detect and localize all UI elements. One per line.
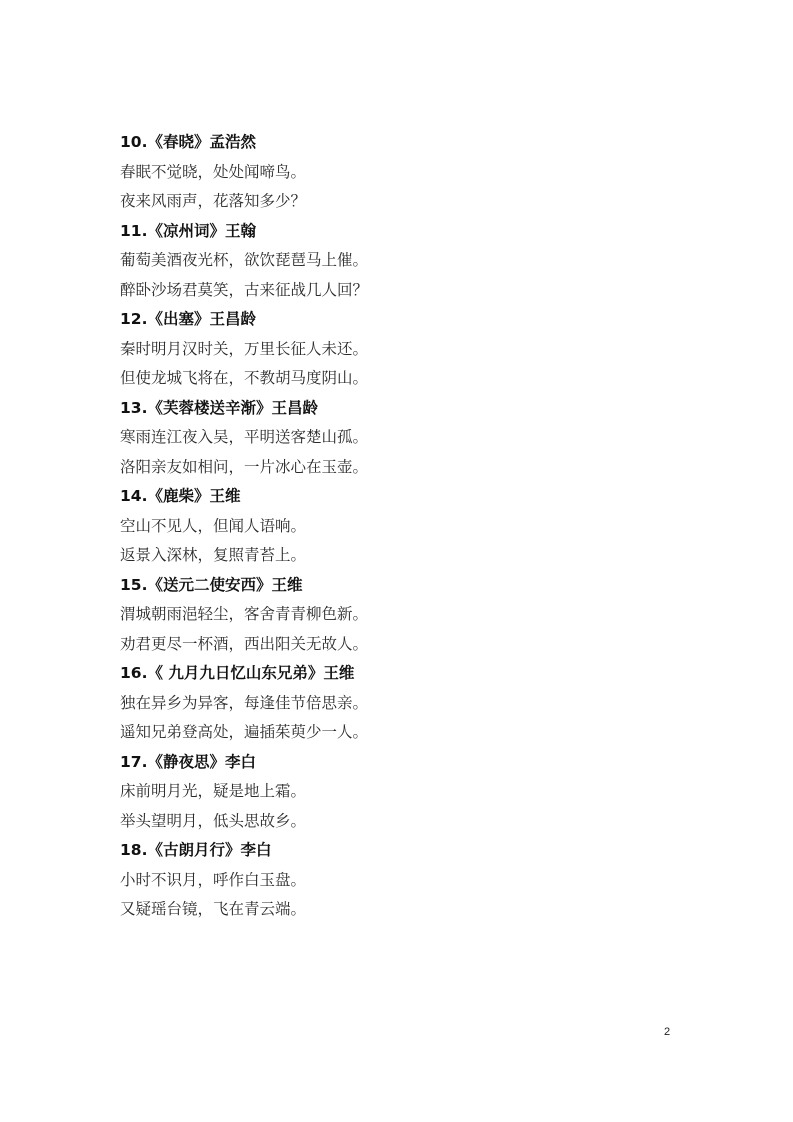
poem-10: 10.《春晓》孟浩然 春眠不觉晓，处处闻啼鸟。 夜来风雨声，花落知多少？ bbox=[120, 128, 680, 217]
poem-line: 春眠不觉晓，处处闻啼鸟。 bbox=[120, 158, 680, 188]
poem-12: 12.《出塞》王昌龄 秦时明月汉时关，万里长征人未还。 但使龙城飞将在，不教胡马… bbox=[120, 305, 680, 394]
poem-line: 返景入深林，复照青苔上。 bbox=[120, 541, 680, 571]
poem-line: 床前明月光，疑是地上霜。 bbox=[120, 777, 680, 807]
poem-line: 小时不识月，呼作白玉盘。 bbox=[120, 866, 680, 896]
poem-line: 劝君更尽一杯酒，西出阳关无故人。 bbox=[120, 630, 680, 660]
document-page: 10.《春晓》孟浩然 春眠不觉晓，处处闻啼鸟。 夜来风雨声，花落知多少？ 11.… bbox=[0, 0, 793, 1122]
poem-11: 11.《凉州词》王翰 葡萄美酒夜光杯，欲饮琵琶马上催。 醉卧沙场君莫笑，古来征战… bbox=[120, 217, 680, 306]
poem-heading: 10.《春晓》孟浩然 bbox=[120, 128, 680, 158]
poem-line: 寒雨连江夜入吴，平明送客楚山孤。 bbox=[120, 423, 680, 453]
poem-18: 18.《古朗月行》李白 小时不识月，呼作白玉盘。 又疑瑶台镜，飞在青云端。 bbox=[120, 836, 680, 925]
poem-line: 但使龙城飞将在，不教胡马度阴山。 bbox=[120, 364, 680, 394]
poem-line: 夜来风雨声，花落知多少？ bbox=[120, 187, 680, 217]
poem-heading: 13.《芙蓉楼送辛渐》王昌龄 bbox=[120, 394, 680, 424]
poem-13: 13.《芙蓉楼送辛渐》王昌龄 寒雨连江夜入吴，平明送客楚山孤。 洛阳亲友如相问，… bbox=[120, 394, 680, 483]
poem-15: 15.《送元二使安西》王维 渭城朝雨浥轻尘，客舍青青柳色新。 劝君更尽一杯酒，西… bbox=[120, 571, 680, 660]
poem-heading: 18.《古朗月行》李白 bbox=[120, 836, 680, 866]
poem-line: 葡萄美酒夜光杯，欲饮琵琶马上催。 bbox=[120, 246, 680, 276]
poem-17: 17.《静夜思》李白 床前明月光，疑是地上霜。 举头望明月，低头思故乡。 bbox=[120, 748, 680, 837]
poem-line: 独在异乡为异客，每逢佳节倍思亲。 bbox=[120, 689, 680, 719]
page-number: 2 bbox=[664, 1026, 670, 1038]
poem-line: 空山不见人，但闻人语响。 bbox=[120, 512, 680, 542]
poem-line: 渭城朝雨浥轻尘，客舍青青柳色新。 bbox=[120, 600, 680, 630]
poem-line: 举头望明月，低头思故乡。 bbox=[120, 807, 680, 837]
poem-heading: 15.《送元二使安西》王维 bbox=[120, 571, 680, 601]
poem-list: 10.《春晓》孟浩然 春眠不觉晓，处处闻啼鸟。 夜来风雨声，花落知多少？ 11.… bbox=[120, 128, 680, 925]
poem-heading: 16.《 九月九日忆山东兄弟》王维 bbox=[120, 659, 680, 689]
poem-line: 遥知兄弟登高处，遍插茱萸少一人。 bbox=[120, 718, 680, 748]
poem-line: 又疑瑶台镜，飞在青云端。 bbox=[120, 895, 680, 925]
poem-line: 醉卧沙场君莫笑，古来征战几人回？ bbox=[120, 276, 680, 306]
poem-14: 14.《鹿柴》王维 空山不见人，但闻人语响。 返景入深林，复照青苔上。 bbox=[120, 482, 680, 571]
poem-16: 16.《 九月九日忆山东兄弟》王维 独在异乡为异客，每逢佳节倍思亲。 遥知兄弟登… bbox=[120, 659, 680, 748]
poem-heading: 14.《鹿柴》王维 bbox=[120, 482, 680, 512]
poem-line: 秦时明月汉时关，万里长征人未还。 bbox=[120, 335, 680, 365]
poem-heading: 12.《出塞》王昌龄 bbox=[120, 305, 680, 335]
poem-heading: 11.《凉州词》王翰 bbox=[120, 217, 680, 247]
poem-line: 洛阳亲友如相问，一片冰心在玉壶。 bbox=[120, 453, 680, 483]
poem-heading: 17.《静夜思》李白 bbox=[120, 748, 680, 778]
